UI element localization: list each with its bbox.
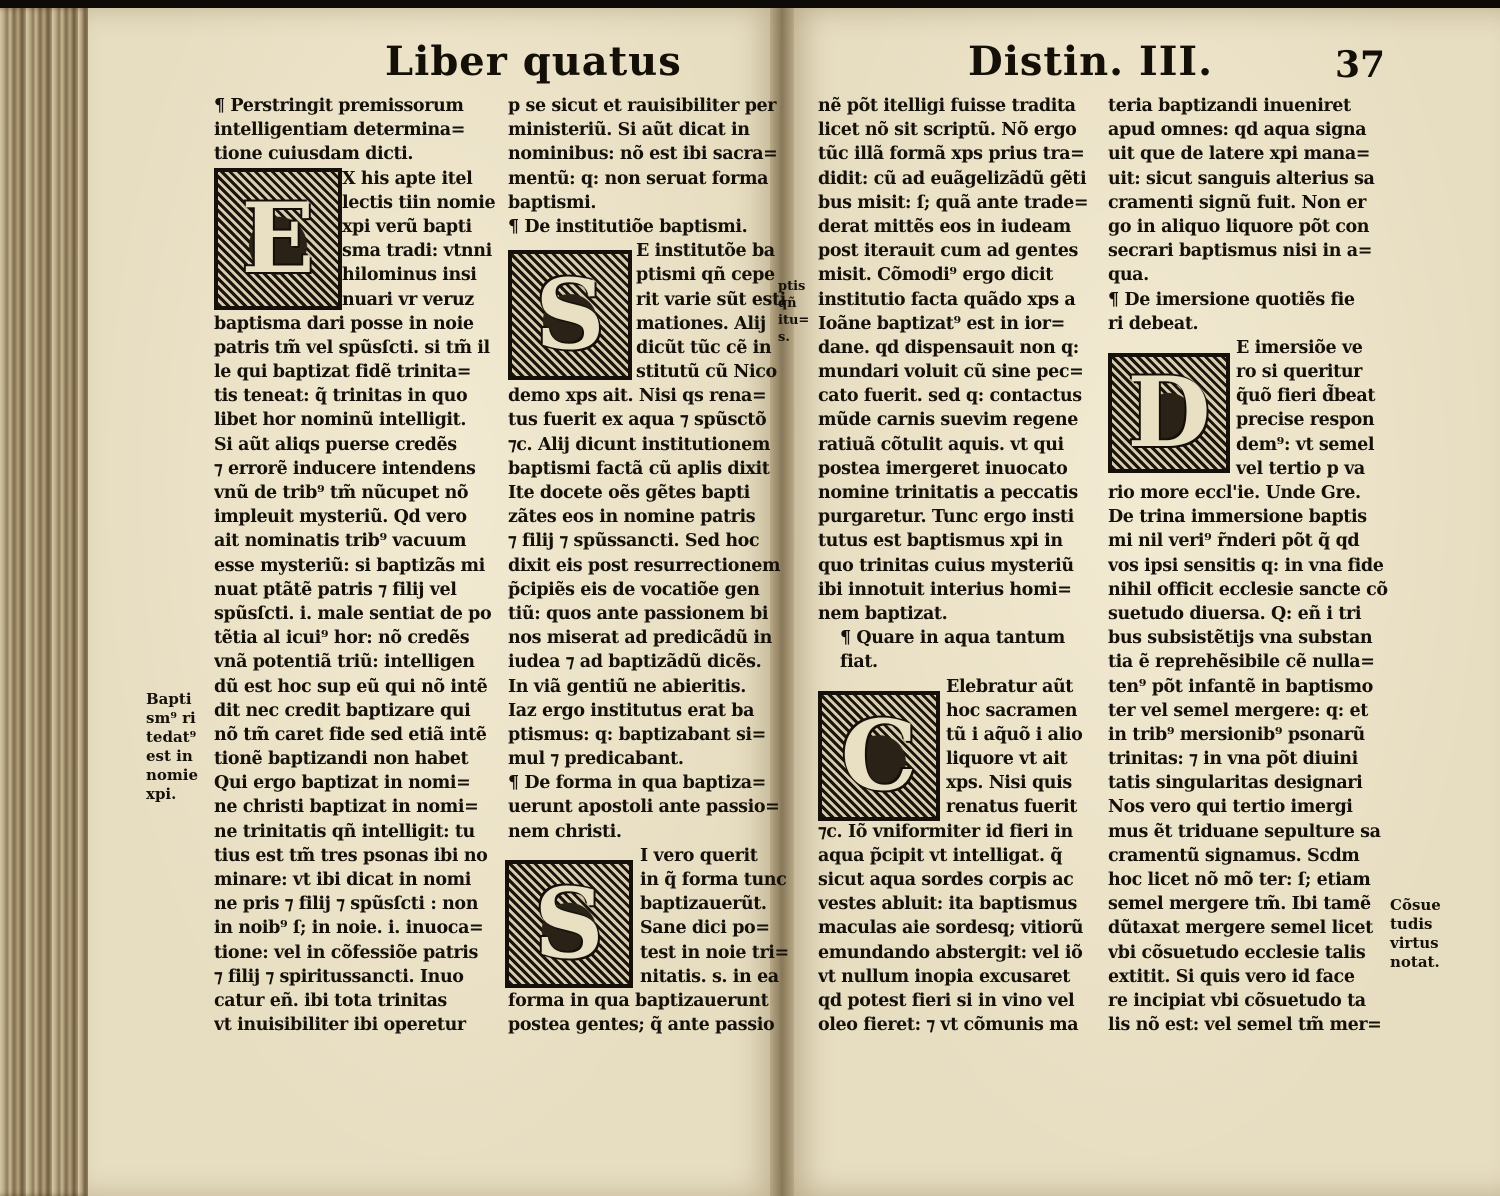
text-line: cramentũ signamus. Scdm [1108,844,1388,868]
text-line: baptizauerũt. [508,892,789,916]
text-line: ratiuã cõtulit aquis. vt qui [818,433,1088,457]
text-line: esse mysteriũ: si baptizãs mi [214,554,495,578]
text-line: catur eñ. ibi tota trinitas [214,989,495,1013]
text-line: ⁊ errorẽ inducere intendens [214,457,495,481]
text-line: vnũ de trib⁹ tm̃ nũcupet nõ [214,481,495,505]
text-line: vestes abluit: ita baptismus [818,892,1088,916]
text-line: Nos vero qui tertio imergi [1108,795,1388,819]
text-line: iudea ⁊ ad baptizãdũ dicẽs. [508,650,789,674]
text-line: dane. qd dispensauit non q: [818,336,1088,360]
text-line: hilominus insi [214,263,495,287]
text-line: maculas aie sordesq; vitiorũ [818,916,1088,940]
text-line: vt nullum inopia excusaret [818,965,1088,989]
text-line: tẽtia al icui⁹ hor: nõ credẽs [214,626,495,650]
text-line: test in noie tri= [508,941,789,965]
text-line: tutus est baptismus xpi in [818,529,1088,553]
text-line: dicũt tũc cẽ in [508,336,789,360]
text-line: ro si queritur [1108,360,1388,384]
text-line: tius est tm̃ tres psonas ibi no [214,844,495,868]
text-line: ibi innotuit interius homi= [818,578,1088,602]
text-line: ter vel semel mergere: q: et [1108,699,1388,723]
text-line: E imersiõe ve [1108,336,1388,360]
text-line: hoc sacramen [818,699,1088,723]
text-line: teria baptizandi inueniret [1108,94,1388,118]
text-line: mi nil veri⁹ r̃nderi põt q̃ qd [1108,529,1388,553]
text-line: dũtaxat mergere semel licet [1108,916,1388,940]
text-line: dũ est hoc sup eũ qui nõ intẽ [214,675,495,699]
text-line: oleo fieret: ⁊ vt cõmunis ma [818,1013,1088,1037]
text-line: dit nec credit baptizare qui [214,699,495,723]
text-line: ⁊c. Alij dicunt institutionem [508,433,789,457]
text-line: rio more eccl'ie. Unde Gre. [1108,481,1388,505]
text-line: misit. Cõmodi⁹ ergo dicit [818,263,1088,287]
text-line: hoc licet nõ mõ ter: ſ; etiam [1108,868,1388,892]
text-line: tionẽ baptizandi non habet [214,747,495,771]
text-line: go in aliquo liquore põt con [1108,215,1388,239]
text-line: qua. [1108,263,1388,287]
text-line: nõ tm̃ caret fide sed etiã intẽ [214,723,495,747]
text-line: vt inuisibiliter ibi operetur [214,1013,495,1037]
book-spread: Liber quatus Distin. III. 37 E S S C D ¶… [0,8,1500,1196]
text-line: Qui ergo baptizat in nomi= [214,771,495,795]
section-heading: ¶ Quare in aqua tantum [818,626,1088,650]
left-running-head: Liber quatus [385,38,682,85]
text-line: post iterauit cum ad gentes [818,239,1088,263]
text-line: dixit eis post resurrectionem [508,554,789,578]
right-running-head: Distin. III. [968,38,1213,85]
text-line: re incipiat vbi cõsuetudo ta [1108,989,1388,1013]
section-heading: nem christi. [508,820,789,844]
text-line: didit: cũ ad euãgelizãdũ gẽti [818,167,1088,191]
text-line: p̃cipiẽs eis de vocatiõe gen [508,578,789,602]
text-line: sma tradi: vtnni [214,239,495,263]
text-line: tione: vel in cõfessiõe patris [214,941,495,965]
text-line: tione cuiusdam dicti. [214,142,495,166]
text-line: minare: vt ibi dicat in nomi [214,868,495,892]
text-line: derat mittẽs eos in iudeam [818,215,1088,239]
margin-note-left: Bapti sm⁹ ri tedat⁹ est in nomie xpi. [146,690,198,804]
text-line: nihil officit ecclesie sancte cõ [1108,578,1388,602]
text-line: impleuit mysteriũ. Qd vero [214,505,495,529]
text-line: sicut aqua sordes corpis ac [818,868,1088,892]
text-line: in trib⁹ mersionib⁹ psonarũ [1108,723,1388,747]
text-line: ⁊c. Iõ vniformiter id fieri in [818,820,1088,844]
text-line: ne pris ⁊ filij ⁊ spũsſcti : non [214,892,495,916]
text-line: De trina immersione baptis [1108,505,1388,529]
text-line: lectis tiin nomie [214,191,495,215]
text-line: renatus fuerit [818,795,1088,819]
text-line: emundando abstergit: vel iõ [818,941,1088,965]
text-line: I vero querit [508,844,789,868]
text-line: nitatis. s. in ea [508,965,789,989]
text-line: vos ipsi sensitis q: in vna fide [1108,554,1388,578]
text-line: vnã potentiã triũ: intelligen [214,650,495,674]
text-line: uit: sicut sanguis alterius sa [1108,167,1388,191]
text-line: tiũ: quos ante passionem bi [508,602,789,626]
text-line: tia ẽ reprehẽsibile cẽ nulla= [1108,650,1388,674]
text-line: xpi verũ bapti [214,215,495,239]
section-heading: uerunt apostoli ante passio= [508,795,789,819]
text-line: vel tertio p va [1108,457,1388,481]
margin-note-right: Cõsue tudis virtus notat. [1390,896,1441,972]
text-line: ministeriũ. Si aũt dicat in [508,118,789,142]
text-line: postea imergeret inuocato [818,457,1088,481]
text-line: mus ẽt triduane sepulture sa [1108,820,1388,844]
text-line: ¶ Perstringit premissorum [214,94,495,118]
text-line: baptismi factã cũ aplis dixit [508,457,789,481]
text-line: mationes. Alij [508,312,789,336]
text-line: postea gentes; q̃ ante passio [508,1013,789,1037]
section-heading: ¶ De forma in qua baptiza= [508,771,789,795]
text-column-3: nẽ põt itelligi fuisse tradita licet nõ … [818,94,1088,1037]
text-line: tus fuerit ex aqua ⁊ spũsctõ [508,408,789,432]
text-column-2: p se sicut et rauisibiliter per minister… [508,94,789,1037]
text-line: Sane dici po= [508,916,789,940]
text-line: tũc illã formã xps prius tra= [818,142,1088,166]
text-line: ⁊ filij ⁊ spũssancti. Sed hoc [508,529,789,553]
page-number: 37 [1335,44,1385,86]
text-line: dem⁹: vt semel [1108,433,1388,457]
section-heading: ri debeat. [1108,312,1388,336]
text-line: mentũ: q: non seruat forma [508,167,789,191]
margin-note-gutter: ptis qñ itu= s. [778,278,809,346]
text-line: Si aũt aliqs puerse credẽs [214,433,495,457]
text-line: nuat ptãtẽ patris ⁊ filij vel [214,578,495,602]
text-line: le qui baptizat fidẽ trinita= [214,360,495,384]
text-line: ptismi qñ cepe [508,263,789,287]
text-line: purgaretur. Tunc ergo insti [818,505,1088,529]
text-line: baptisma dari posse in noie [214,312,495,336]
text-column-4: teria baptizandi inueniret apud omnes: q… [1108,94,1388,1037]
text-line: licet nõ sit scriptũ. Nõ ergo [818,118,1088,142]
text-line: precise respon [1108,408,1388,432]
text-line: bus misit: ſ; quã ante trade= [818,191,1088,215]
text-line: ne trinitatis qñ intelligit: tu [214,820,495,844]
text-line: Elebratur aũt [818,675,1088,699]
book-fore-edge [0,8,88,1196]
section-heading: ¶ De institutiõe baptismi. [508,215,789,239]
text-line: institutio facta quãdo xps a [818,288,1088,312]
text-line: ptismus: q: baptizabant si= [508,723,789,747]
text-line: nomine trinitatis a peccatis [818,481,1088,505]
text-line: apud omnes: qd aqua signa [1108,118,1388,142]
text-line: nos miserat ad predicãdũ in [508,626,789,650]
text-line: mũde carnis suevim regene [818,408,1088,432]
text-line: extitit. Si quis vero id face [1108,965,1388,989]
text-line: qd potest fieri si in vino vel [818,989,1088,1013]
text-line: nominibus: nõ est ibi sacra= [508,142,789,166]
text-line: liquore vt ait [818,747,1088,771]
text-line: q̃uõ fieri d̃beat [1108,384,1388,408]
text-line: in q̃ forma tunc [508,868,789,892]
text-line: ne christi baptizat in nomi= [214,795,495,819]
text-line: Iaz ergo institutus erat ba [508,699,789,723]
text-line: aqua p̃cipit vt intelligat. q̃ [818,844,1088,868]
text-line: intelligentiam determina= [214,118,495,142]
text-line: ten⁹ põt infantẽ in baptismo [1108,675,1388,699]
text-line: Ioãne baptizat⁹ est in ior= [818,312,1088,336]
text-line: X his apte itel [214,167,495,191]
text-line: ait nominatis trib⁹ vacuum [214,529,495,553]
text-line: cato fuerit. sed q: contactus [818,384,1088,408]
text-line: tis teneat: q̃ trinitas in quo [214,384,495,408]
text-line: suetudo diuersa. Q: eñ i tri [1108,602,1388,626]
text-line: nẽ põt itelligi fuisse tradita [818,94,1088,118]
text-line: rit varie sũt esti [508,288,789,312]
text-line: p se sicut et rauisibiliter per [508,94,789,118]
text-line: nem baptizat. [818,602,1088,626]
text-line: tatis singularitas designari [1108,771,1388,795]
text-line: patris tm̃ vel spũsſcti. si tm̃ il [214,336,495,360]
text-line: libet hor nominũ intelligit. [214,408,495,432]
section-heading: fiat. [818,650,1088,674]
text-line: In viã gentiũ ne abieritis. [508,675,789,699]
text-line: xps. Nisi quis [818,771,1088,795]
text-line: mul ⁊ predicabant. [508,747,789,771]
text-line: E institutõe ba [508,239,789,263]
text-line: semel mergere tm̃. Ibi tamẽ [1108,892,1388,916]
text-column-1: ¶ Perstringit premissorum intelligentiam… [214,94,495,1037]
section-heading: ¶ De imersione quotiẽs fie [1108,288,1388,312]
text-line: spũsſcti. i. male sentiat de po [214,602,495,626]
text-line: nuari vr veruz [214,288,495,312]
text-line: secrari baptismus nisi in a= [1108,239,1388,263]
text-line: quo trinitas cuius mysteriũ [818,554,1088,578]
text-line: ⁊ filij ⁊ spiritussancti. Inuo [214,965,495,989]
text-line: zãtes eos in nomine patris [508,505,789,529]
text-line: lis nõ est: vel semel tm̃ mer= [1108,1013,1388,1037]
text-line: forma in qua baptizauerunt [508,989,789,1013]
text-line: mundari voluit cũ sine pec= [818,360,1088,384]
text-line: trinitas: ⁊ in vna põt diuini [1108,747,1388,771]
text-line: baptismi. [508,191,789,215]
text-line: Ite docete oẽs gẽtes bapti [508,481,789,505]
text-line: in noib⁹ ſ; in noie. i. inuoca= [214,916,495,940]
text-line: uit que de latere xpi mana= [1108,142,1388,166]
text-line: tũ i aq̃uõ i alio [818,723,1088,747]
text-line: bus subsistẽtijs vna substan [1108,626,1388,650]
text-line: stitutũ cũ Nico [508,360,789,384]
text-line: cramenti signũ fuit. Non er [1108,191,1388,215]
text-line: vbi cõsuetudo ecclesie talis [1108,941,1388,965]
text-line: demo xps ait. Nisi qs rena= [508,384,789,408]
